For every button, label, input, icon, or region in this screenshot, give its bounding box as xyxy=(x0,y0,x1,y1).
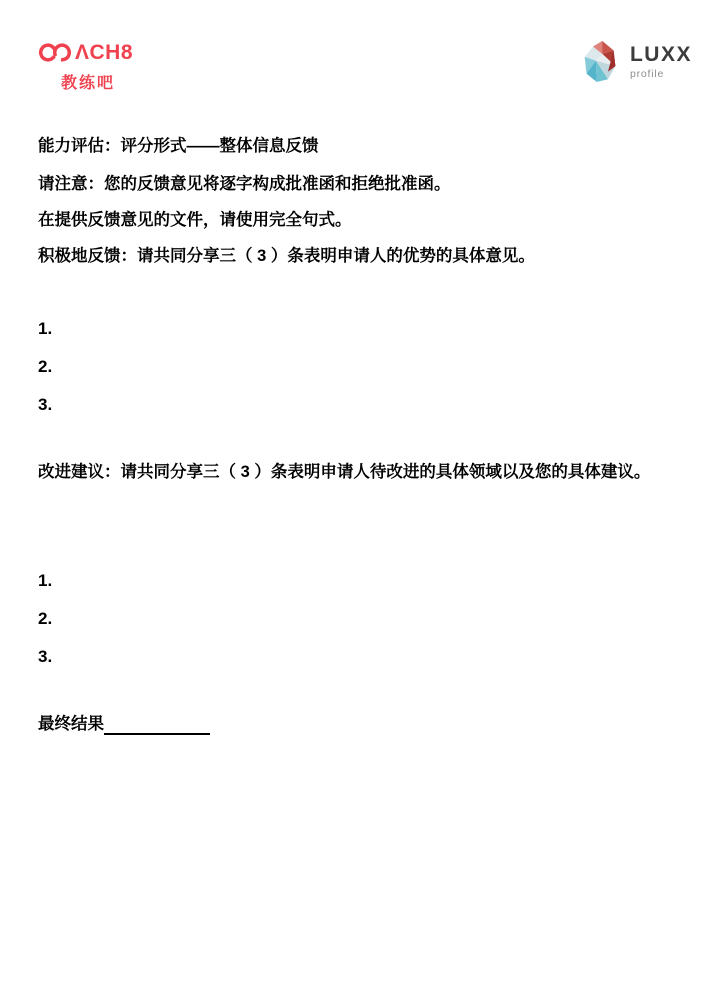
final-result-row: 最终结果 xyxy=(38,714,210,735)
document-page: ΛCH8 教练吧 LUXX profile 能力评估：评分形式——整体信息反馈 … xyxy=(0,0,728,990)
coach8-logo-text: ΛCH8 xyxy=(75,42,133,63)
doc-title: 能力评估：评分形式——整体信息反馈 xyxy=(38,136,319,157)
improvement-item-2: 2. xyxy=(38,608,52,629)
positive-item-3: 3. xyxy=(38,394,52,415)
luxx-name: LUXX xyxy=(630,44,692,65)
coach8-rings-icon xyxy=(38,42,74,63)
final-result-label: 最终结果 xyxy=(38,714,104,735)
luxx-subtitle: profile xyxy=(630,68,692,80)
final-result-blank xyxy=(104,718,210,735)
gem-icon xyxy=(580,38,621,85)
positive-item-1: 1. xyxy=(38,318,52,339)
positive-item-2: 2. xyxy=(38,356,52,377)
doc-notice: 请注意：您的反馈意见将逐字构成批准函和拒绝批准函。 xyxy=(38,174,451,195)
improvement-item-1: 1. xyxy=(38,570,52,591)
coach8-tagline: 教练吧 xyxy=(61,70,133,93)
coach8-wordmark: ΛCH8 xyxy=(38,42,133,63)
coach8-logo: ΛCH8 教练吧 xyxy=(38,42,133,93)
luxx-logo: LUXX profile xyxy=(580,38,692,85)
positive-feedback-prompt: 积极地反馈：请共同分享三（ 3 ）条表明申请人的优势的具体意见。 xyxy=(38,246,535,267)
luxx-wordmark: LUXX profile xyxy=(630,44,692,80)
doc-instruction: 在提供反馈意见的文件，请使用完全句式。 xyxy=(38,210,352,231)
improvement-prompt: 改进建议：请共同分享三（ 3 ）条表明申请人待改进的具体领域以及您的具体建议。 xyxy=(38,452,698,492)
improvement-item-3: 3. xyxy=(38,646,52,667)
